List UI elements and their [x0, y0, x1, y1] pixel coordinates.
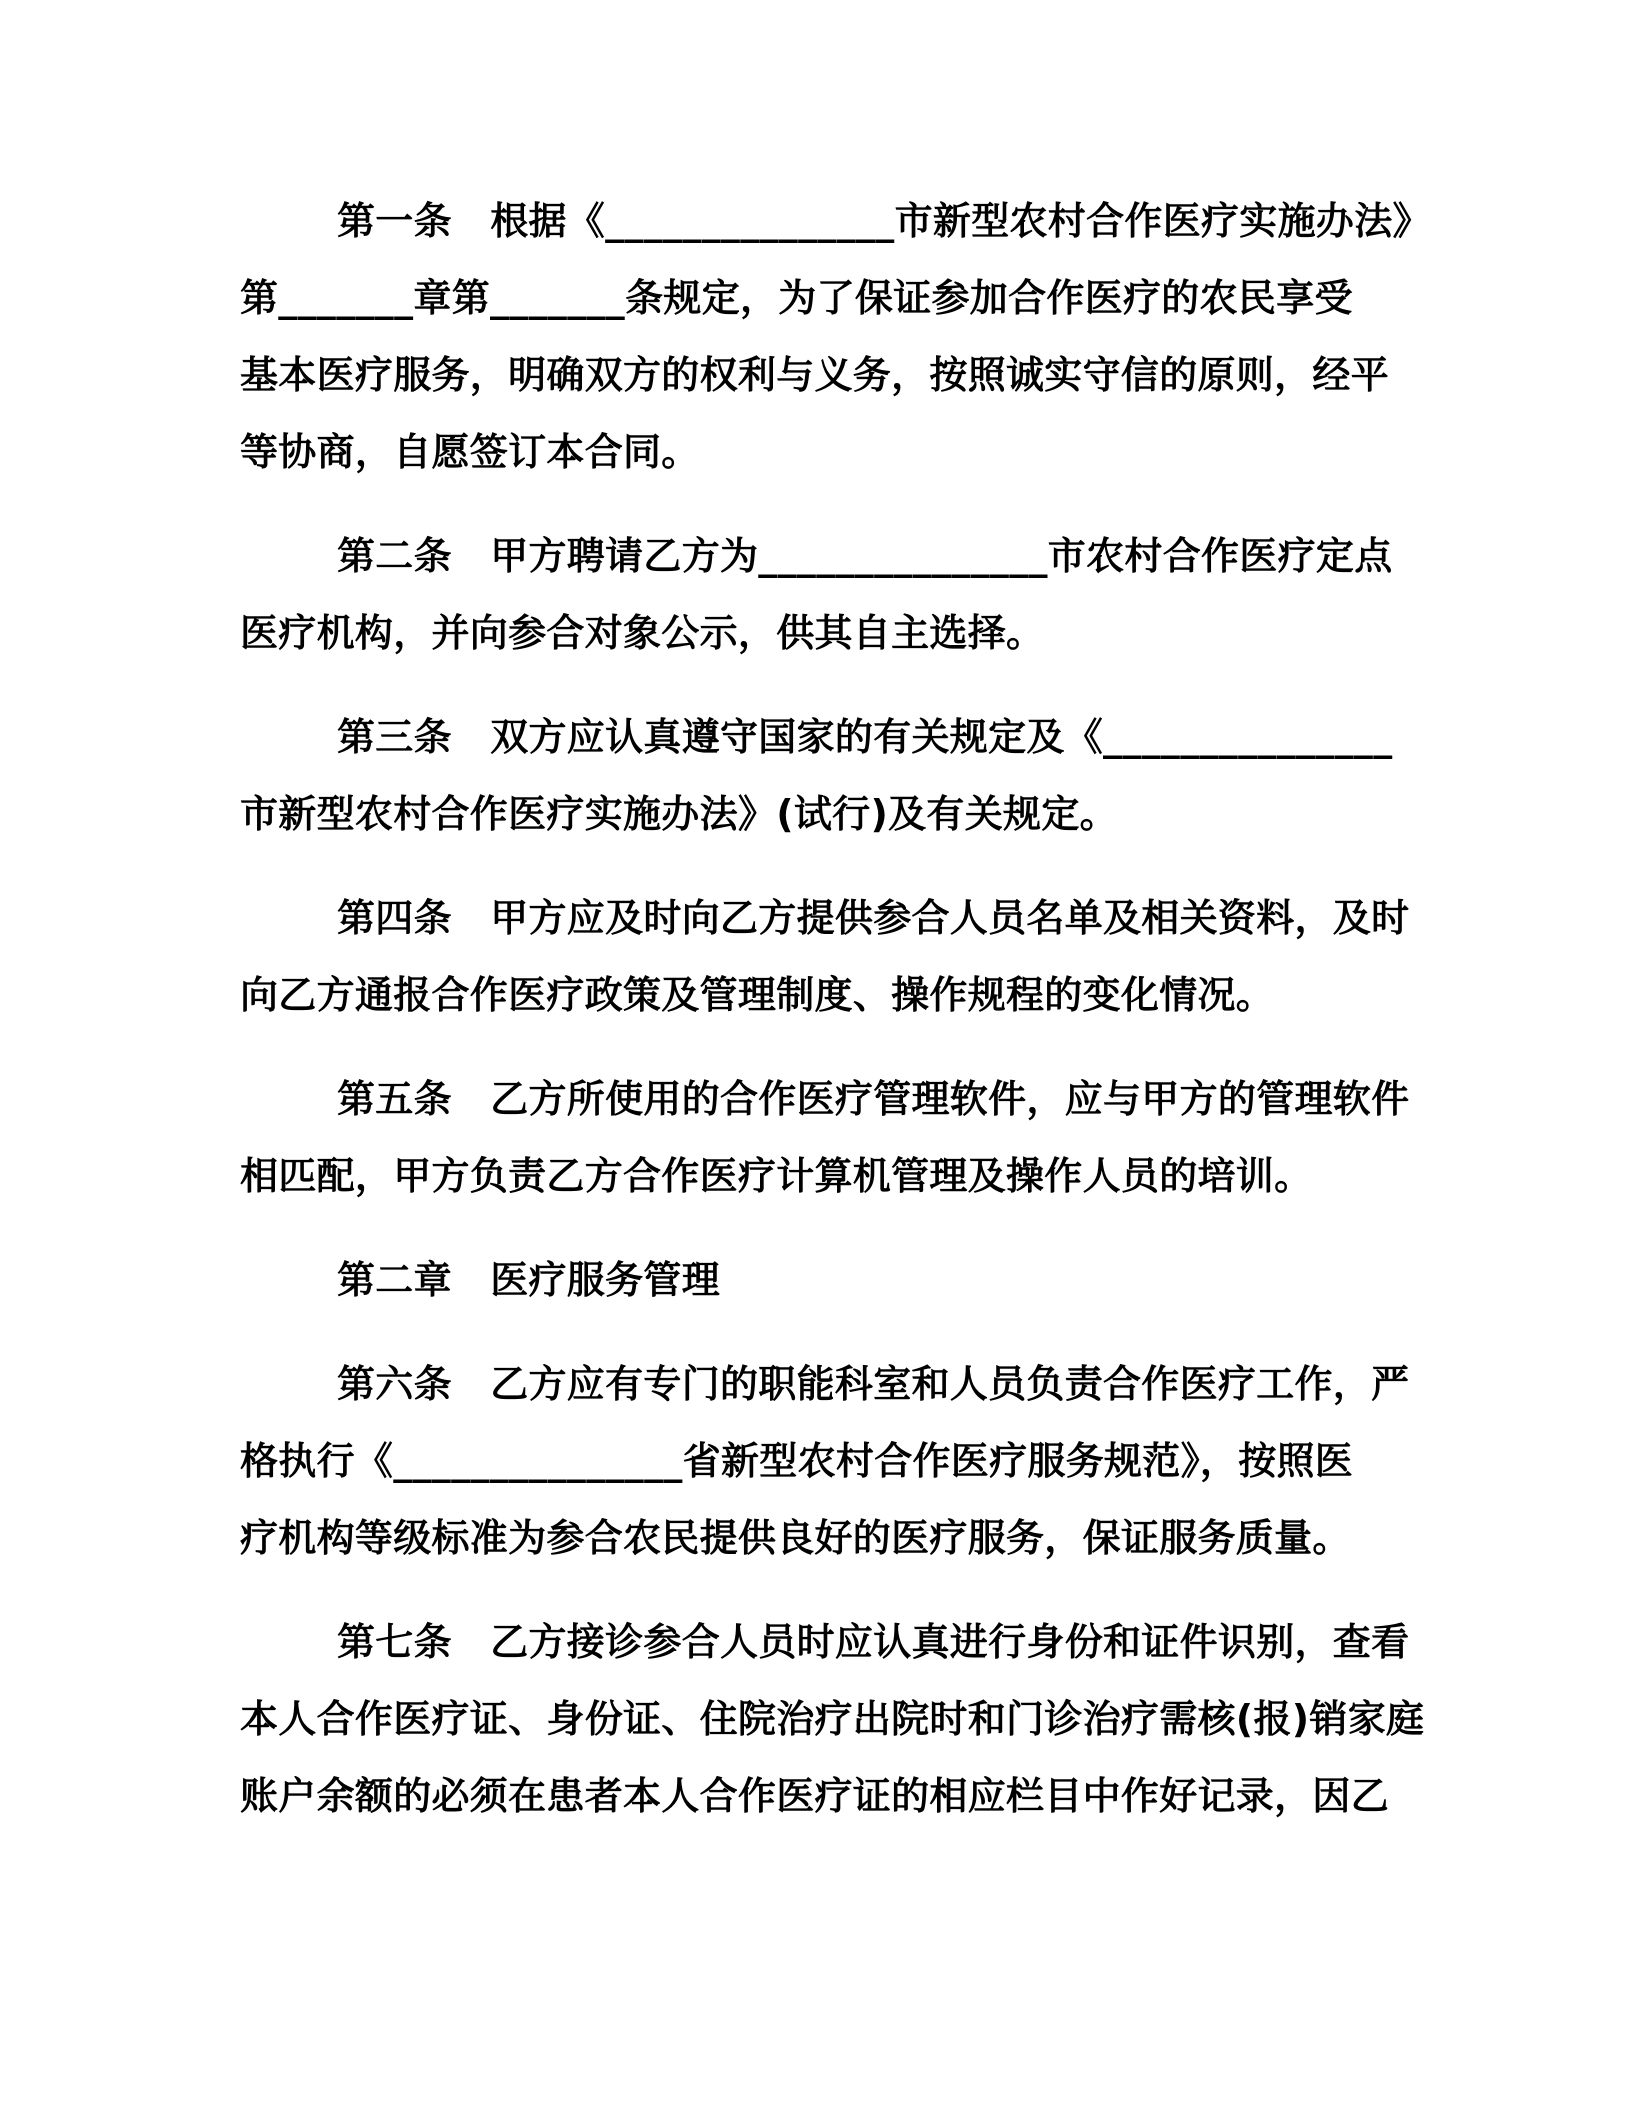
text-line: 疗机构等级标准为参合农民提供良好的医疗服务，保证服务质量。 [240, 1500, 1395, 1577]
contract-text-block: 第一条 根据《_______________市新型农村合作医疗实施办法》 第__… [240, 183, 1395, 1862]
text-line: 第四条 甲方应及时向乙方提供参合人员名单及相关资料，及时 [240, 880, 1395, 957]
clause-5-paragraph: 第五条 乙方所使用的合作医疗管理软件，应与甲方的管理软件 相匹配，甲方负责乙方合… [240, 1061, 1395, 1215]
document-page: 第一条 根据《_______________市新型农村合作医疗实施办法》 第__… [0, 0, 1632, 2112]
text-line: 等协商，自愿签订本合同。 [240, 414, 1395, 491]
text-line: 第五条 乙方所使用的合作医疗管理软件，应与甲方的管理软件 [240, 1061, 1395, 1138]
text-line: 市新型农村合作医疗实施办法》(试行)及有关规定。 [240, 776, 1395, 853]
text-line: 格执行《_______________省新型农村合作医疗服务规范》，按照医 [240, 1423, 1395, 1500]
text-line: 第_______章第_______条规定，为了保证参加合作医疗的农民享受 [240, 260, 1395, 337]
text-line: 第一条 根据《_______________市新型农村合作医疗实施办法》 [240, 183, 1395, 260]
clause-6-paragraph: 第六条 乙方应有专门的职能科室和人员负责合作医疗工作，严 格执行《_______… [240, 1346, 1395, 1577]
text-line: 本人合作医疗证、身份证、住院治疗出院时和门诊治疗需核(报)销家庭 [240, 1681, 1395, 1758]
chapter-heading-line: 第二章 医疗服务管理 [240, 1242, 1395, 1319]
text-line: 第七条 乙方接诊参合人员时应认真进行身份和证件识别，查看 [240, 1604, 1395, 1681]
text-line: 相匹配，甲方负责乙方合作医疗计算机管理及操作人员的培训。 [240, 1138, 1395, 1215]
text-line: 第二条 甲方聘请乙方为_______________市农村合作医疗定点 [240, 518, 1395, 595]
text-line: 账户余额的必须在患者本人合作医疗证的相应栏目中作好记录，因乙 [240, 1758, 1395, 1835]
clause-1-paragraph: 第一条 根据《_______________市新型农村合作医疗实施办法》 第__… [240, 183, 1395, 491]
text-line: 第三条 双方应认真遵守国家的有关规定及《_______________ [240, 699, 1395, 776]
chapter-2-heading: 第二章 医疗服务管理 [240, 1242, 1395, 1319]
clause-4-paragraph: 第四条 甲方应及时向乙方提供参合人员名单及相关资料，及时 向乙方通报合作医疗政策… [240, 880, 1395, 1034]
clause-7-paragraph: 第七条 乙方接诊参合人员时应认真进行身份和证件识别，查看 本人合作医疗证、身份证… [240, 1604, 1395, 1835]
text-line: 医疗机构，并向参合对象公示，供其自主选择。 [240, 595, 1395, 672]
text-line: 向乙方通报合作医疗政策及管理制度、操作规程的变化情况。 [240, 957, 1395, 1034]
text-line: 基本医疗服务，明确双方的权利与义务，按照诚实守信的原则，经平 [240, 337, 1395, 414]
clause-3-paragraph: 第三条 双方应认真遵守国家的有关规定及《_______________ 市新型农… [240, 699, 1395, 853]
clause-2-paragraph: 第二条 甲方聘请乙方为_______________市农村合作医疗定点 医疗机构… [240, 518, 1395, 672]
text-line: 第六条 乙方应有专门的职能科室和人员负责合作医疗工作，严 [240, 1346, 1395, 1423]
